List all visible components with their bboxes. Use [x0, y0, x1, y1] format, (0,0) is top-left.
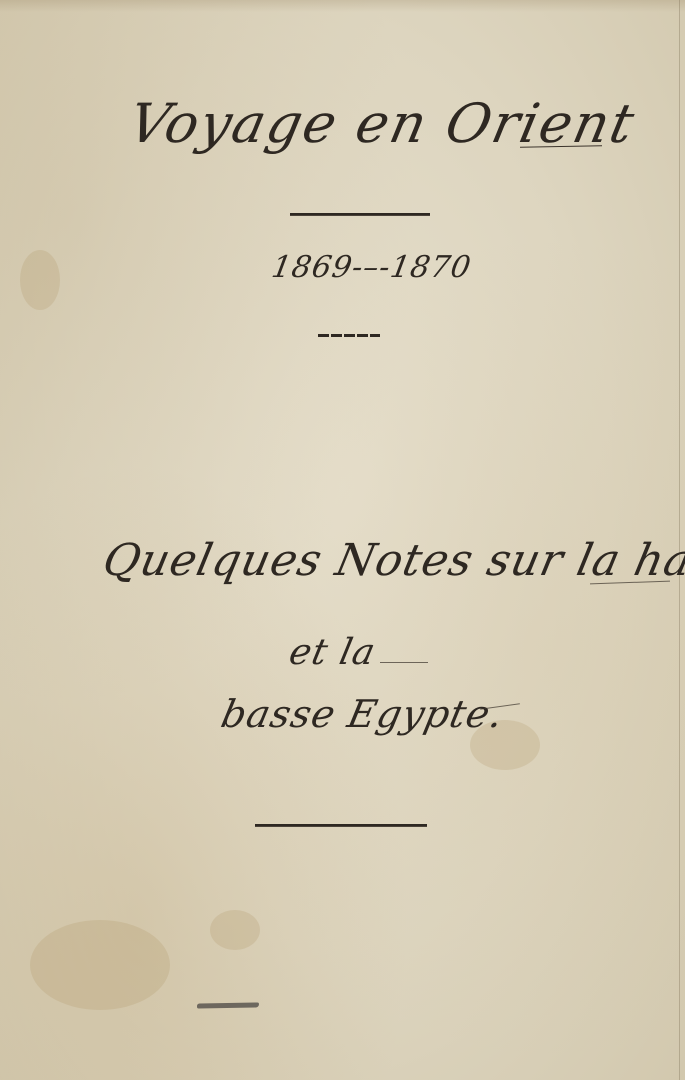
subtitle-line-1: Quelques Notes sur la haute: [99, 535, 685, 586]
paper-stain: [210, 910, 260, 950]
divider-rule-bottom: [255, 824, 427, 827]
subtitle-line-2: et la: [286, 632, 380, 673]
paper-stain: [30, 920, 170, 1010]
subtitle-line-3: basse Egypte.: [217, 692, 508, 736]
paper-top-edge: [0, 0, 685, 12]
dashed-divider: [318, 334, 380, 337]
paper-stain: [20, 250, 60, 310]
manuscript-dates: 1869-–-1870: [269, 250, 474, 285]
ink-blot: [197, 1002, 259, 1008]
subtitle-flourish: [380, 662, 428, 663]
divider-rule-top: [290, 213, 430, 216]
manuscript-page: Voyage en Orient 1869-–-1870 Quelques No…: [0, 0, 685, 1080]
